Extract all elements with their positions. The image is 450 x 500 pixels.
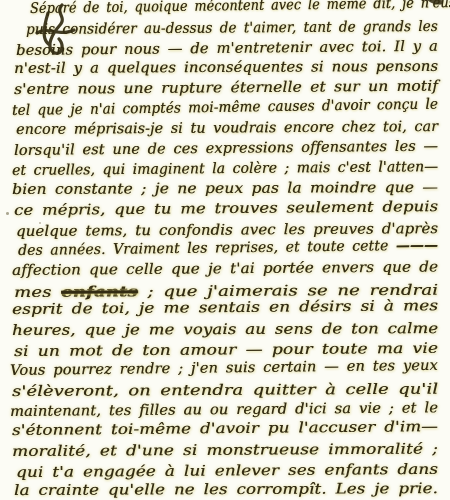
manuscript-line-11: ce mépris, que tu me trouves seulement d… (14, 199, 438, 219)
manuscript-line-3: besoins pour nous — de m'entretenir avec… (16, 39, 438, 59)
manuscript-line-23: moralité, et d'une si monstrueuse immora… (12, 441, 438, 460)
manuscript-line-10: bien constante ; je ne peux pas la moind… (12, 180, 438, 198)
handwriting-text: ; que j'aimerais se ne rendrai (138, 283, 439, 301)
manuscript-line-24: qui t'a engagée à lui enlever ses enfant… (16, 461, 438, 480)
manuscript-page: Séparé de toi, quoique mécontent avec le… (0, 0, 450, 500)
handwriting-text: heures, que je me voyais au sens de ton … (12, 321, 438, 339)
manuscript-line-25: la crainte qu'elle ne les corrompît. Les… (14, 481, 438, 499)
manuscript-line-19: Vous pourrez rendre ; j'en suis certain … (10, 357, 438, 378)
manuscript-line-22: s'étonnent toi-même d'avoir pu l'accuser… (12, 419, 438, 439)
handwriting-text: s'entre nous une rupture éternelle et su… (14, 79, 438, 98)
paper-speck (6, 212, 9, 215)
manuscript-line-21: maintenant, tes filles au ou regard d'ic… (10, 401, 438, 421)
handwriting-text: ce mépris, que tu me trouves seulement d… (14, 199, 438, 219)
manuscript-line-16: esprit de toi, je me sentais en désirs s… (12, 299, 438, 319)
handwriting-text: Séparé de toi, quoique mécontent avec le… (30, 0, 450, 17)
manuscript-line-6: tel que je n'ai comptés moi-même causes … (12, 97, 438, 119)
handwriting-text: la crainte qu'elle ne les corrompît. Les… (14, 481, 438, 499)
handwriting-text: et cruelles, qui imaginent la colère ; m… (12, 160, 438, 180)
manuscript-line-5: s'entre nous une rupture éternelle et su… (14, 79, 438, 98)
handwriting-text: qui t'a engagée à lui enlever ses enfant… (16, 461, 438, 480)
handwriting-text: Vous pourrez rendre ; j'en suis certain … (10, 357, 438, 378)
handwriting-text: mes (14, 285, 61, 301)
handwriting-text: des années. Vraiment les reprises, et to… (18, 238, 396, 259)
manuscript-line-2: puis considérer au-dessus de t'aimer, ta… (26, 19, 438, 38)
handwriting-text: maintenant, tes filles au ou regard d'ic… (10, 401, 438, 421)
handwriting-text: affection que celle que je t'ai portée e… (12, 259, 438, 279)
handwriting-text: encore méprisais-je si tu voudrais encor… (16, 119, 438, 138)
manuscript-line-14: affection que celle que je t'ai portée e… (12, 259, 438, 279)
struck-out-word: enfants (61, 283, 138, 300)
manuscript-line-1: Séparé de toi, quoique mécontent avec le… (30, 0, 450, 17)
handwriting-text: tel que je n'ai comptés moi-même causes … (12, 97, 438, 119)
handwriting-text: s'élèveront, on entendra quitter à celle… (12, 381, 438, 399)
handwriting-text: besoins pour nous — de m'entretenir avec… (16, 39, 438, 59)
handwriting-text: ——— (396, 237, 438, 255)
handwriting-text: s'étonnent toi-même d'avoir pu l'accuser… (12, 419, 438, 439)
handwriting-text: lorsqu'il est une de ces expressions off… (14, 138, 438, 158)
manuscript-line-17: heures, que je me voyais au sens de ton … (12, 321, 438, 339)
handwriting-text: puis considérer au-dessus de t'aimer, ta… (26, 19, 438, 38)
manuscript-line-9: et cruelles, qui imaginent la colère ; m… (12, 160, 438, 180)
handwriting-text: esprit de toi, je me sentais en désirs s… (12, 299, 438, 319)
manuscript-line-8: lorsqu'il est une de ces expressions off… (14, 138, 438, 158)
handwriting-text: si un mot de ton amour — pour toute ma v… (14, 341, 438, 360)
manuscript-line-7: encore méprisais-je si tu voudrais encor… (16, 119, 438, 138)
manuscript-line-20: s'élèveront, on entendra quitter à celle… (12, 381, 438, 399)
handwriting-text: moralité, et d'une si monstrueuse immora… (12, 441, 438, 460)
handwriting-text: n'est-il y a quelques inconséquentes si … (14, 59, 438, 77)
manuscript-line-18: si un mot de ton amour — pour toute ma v… (14, 341, 438, 360)
manuscript-lines: Séparé de toi, quoique mécontent avec le… (0, 0, 450, 500)
manuscript-line-4: n'est-il y a quelques inconséquentes si … (14, 59, 438, 77)
paper-speck (39, 222, 41, 224)
manuscript-line-13: des années. Vraiment les reprises, et to… (18, 237, 438, 259)
handwriting-text: bien constante ; je ne peux pas la moind… (12, 180, 438, 198)
